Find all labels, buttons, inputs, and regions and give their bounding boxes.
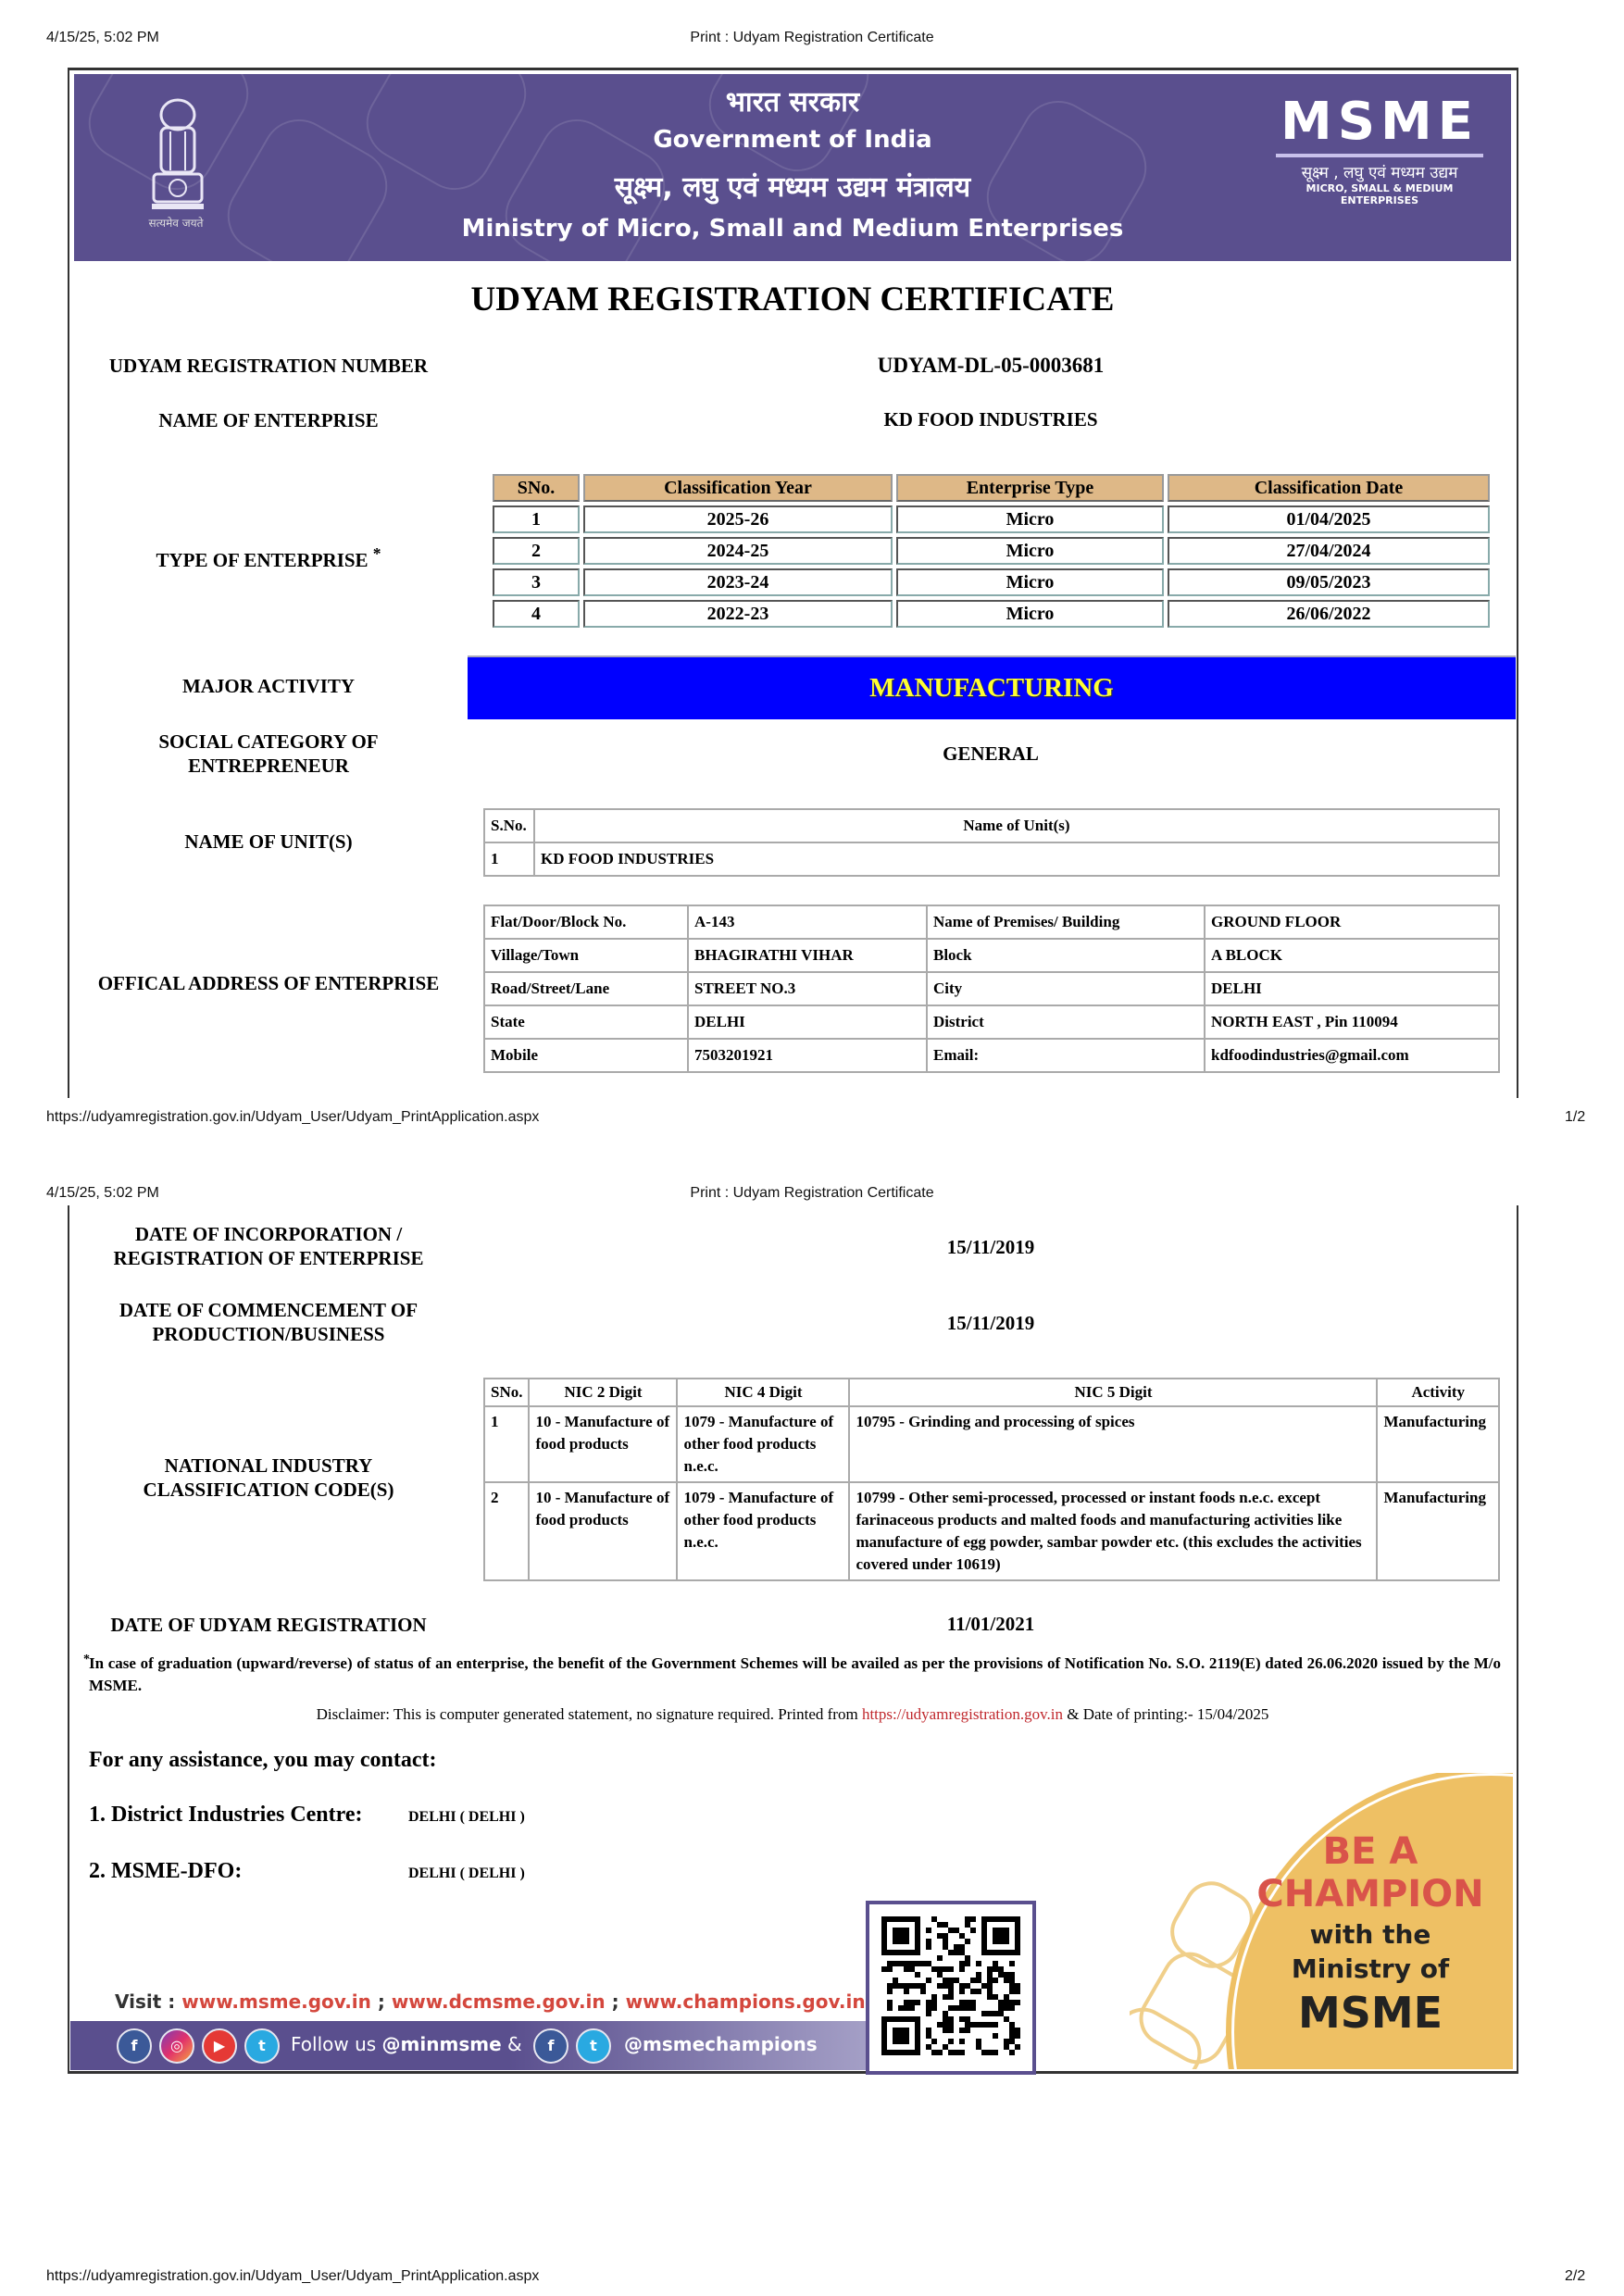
champions-site-link[interactable]: www.champions.gov.in — [626, 1990, 866, 2013]
twitter-icon[interactable]: t — [244, 2028, 280, 2064]
registration-number-label: UDYAM REGISTRATION NUMBER — [83, 354, 454, 378]
footnote-asterisk: * — [373, 544, 381, 563]
champion-line-2: CHAMPION — [1222, 1873, 1513, 1915]
dcmsme-site-link[interactable]: www.dcmsme.gov.in — [392, 1990, 606, 2013]
champion-line-4: Ministry of — [1222, 1953, 1513, 1984]
disclaimer: Disclaimer: This is computer generated s… — [74, 1705, 1511, 1724]
msmechampions-handle[interactable]: @msmechampions — [624, 2033, 818, 2055]
banner-ministry-name: Ministry of Micro, Small and Medium Ente… — [74, 215, 1511, 243]
certificate-title: UDYAM REGISTRATION CERTIFICATE — [74, 280, 1511, 319]
dfo-value: DELHI ( DELHI ) — [408, 1865, 525, 1882]
twitter-icon[interactable]: t — [576, 2028, 611, 2064]
table-row: 110 - Manufacture of food products1079 -… — [484, 1406, 1499, 1482]
registration-number-value: UDYAM-DL-05-0003681 — [648, 354, 1333, 378]
youtube-icon[interactable]: ▶ — [202, 2028, 237, 2064]
msme-logo: MSME सूक्ष्म , लघु एवं मध्यम उद्यम MICRO… — [1268, 94, 1491, 206]
table-row: 32023-24Micro09/05/2023 — [493, 568, 1490, 596]
social-category-value: GENERAL — [648, 742, 1333, 766]
units-table: S.No. Name of Unit(s) 1 KD FOOD INDUSTRI… — [483, 808, 1500, 877]
table-row: 12025-26Micro01/04/2025 — [493, 505, 1490, 533]
incorporation-date-value: 15/11/2019 — [648, 1236, 1333, 1259]
qr-code — [866, 1901, 1036, 2075]
type-of-enterprise-label: TYPE OF ENTERPRISE * — [83, 542, 454, 572]
units-label: NAME OF UNIT(S) — [83, 830, 454, 854]
msme-site-link[interactable]: www.msme.gov.in — [181, 1990, 371, 2013]
table-row: Mobile7503201921Email:kdfoodindustries@g… — [484, 1039, 1499, 1072]
table-row: 210 - Manufacture of food products1079 -… — [484, 1482, 1499, 1580]
print-title: Print : Udyam Registration Certificate — [0, 1185, 1624, 1202]
table-row: Village/TownBHAGIRATHI VIHARBlockA BLOCK — [484, 939, 1499, 972]
champion-line-1: BE A — [1222, 1830, 1513, 1873]
champion-line-3: with the — [1222, 1919, 1513, 1950]
nic-codes-table: SNo. NIC 2 Digit NIC 4 Digit NIC 5 Digit… — [483, 1378, 1500, 1581]
print-url: https://udyamregistration.gov.in/Udyam_U… — [46, 2268, 539, 2285]
minmsme-handle[interactable]: @minmsme — [382, 2033, 502, 2055]
print-url: https://udyamregistration.gov.in/Udyam_U… — [46, 1109, 539, 1126]
commencement-date-value: 15/11/2019 — [648, 1312, 1333, 1335]
dic-value: DELHI ( DELHI ) — [408, 1809, 525, 1826]
dfo-label: 2. MSME-DFO: — [89, 1859, 242, 1884]
table-row: Road/Street/LaneSTREET NO.3CityDELHI — [484, 972, 1499, 1005]
table-row: Flat/Door/Block No.A-143Name of Premises… — [484, 905, 1499, 939]
address-label: OFFICAL ADDRESS OF ENTERPRISE — [83, 971, 454, 995]
table-header-row: S.No. Name of Unit(s) — [484, 809, 1499, 842]
follow-text: Follow us @minmsme & — [291, 2033, 522, 2055]
ministry-banner: सत्यमेव जयते भारत सरकार Government of In… — [74, 74, 1511, 261]
champion-promo: BE A CHAMPION with the Ministry of MSME — [1130, 1773, 1513, 2069]
table-header-row: SNo. NIC 2 Digit NIC 4 Digit NIC 5 Digit… — [484, 1379, 1499, 1406]
page-number: 1/2 — [1565, 1109, 1585, 1126]
table-header-row: SNo. Classification Year Enterprise Type… — [493, 474, 1490, 502]
table-row: StateDELHIDistrictNORTH EAST , Pin 11009… — [484, 1005, 1499, 1039]
table-row: 1 KD FOOD INDUSTRIES — [484, 842, 1499, 876]
social-category-label: SOCIAL CATEGORY OF ENTREPRENEUR — [83, 730, 454, 778]
qr-code-icon — [881, 1916, 1020, 2055]
major-activity-label: MAJOR ACTIVITY — [83, 674, 454, 698]
print-title: Print : Udyam Registration Certificate — [0, 30, 1624, 46]
facebook-icon[interactable]: f — [533, 2028, 568, 2064]
udyam-portal-link[interactable]: https://udyamregistration.gov.in — [862, 1705, 1063, 1723]
major-activity-value: MANUFACTURING — [468, 657, 1516, 719]
visit-links: Visit : www.msme.gov.in ; www.dcmsme.gov… — [115, 1990, 866, 2013]
assistance-heading: For any assistance, you may contact: — [89, 1748, 437, 1773]
address-table: Flat/Door/Block No.A-143Name of Premises… — [483, 905, 1500, 1073]
commencement-date-label: DATE OF COMMENCEMENT OF PRODUCTION/BUSIN… — [83, 1298, 454, 1346]
table-row: 22024-25Micro27/04/2024 — [493, 537, 1490, 565]
dic-label: 1. District Industries Centre: — [89, 1803, 363, 1828]
enterprise-type-table: SNo. Classification Year Enterprise Type… — [489, 470, 1493, 631]
social-follow-strip: f ◎ ▶ t Follow us @minmsme & f t @msmech… — [70, 2021, 867, 2070]
page-number: 2/2 — [1565, 2268, 1585, 2285]
incorporation-date-label: DATE OF INCORPORATION / REGISTRATION OF … — [83, 1222, 454, 1270]
table-row: 42022-23Micro26/06/2022 — [493, 600, 1490, 628]
facebook-icon[interactable]: f — [117, 2028, 152, 2064]
udyam-date-label: DATE OF UDYAM REGISTRATION — [83, 1613, 454, 1637]
enterprise-name-value: KD FOOD INDUSTRIES — [648, 408, 1333, 431]
enterprise-name-label: NAME OF ENTERPRISE — [83, 408, 454, 432]
graduation-footnote: * In case of graduation (upward/reverse)… — [89, 1653, 1501, 1697]
instagram-icon[interactable]: ◎ — [159, 2028, 194, 2064]
nic-codes-label: NATIONAL INDUSTRY CLASSIFICATION CODE(S) — [83, 1454, 454, 1502]
udyam-date-value: 11/01/2021 — [648, 1613, 1333, 1636]
major-activity-bar: MANUFACTURING — [468, 655, 1516, 719]
champion-line-5: MSME — [1222, 1988, 1513, 2038]
